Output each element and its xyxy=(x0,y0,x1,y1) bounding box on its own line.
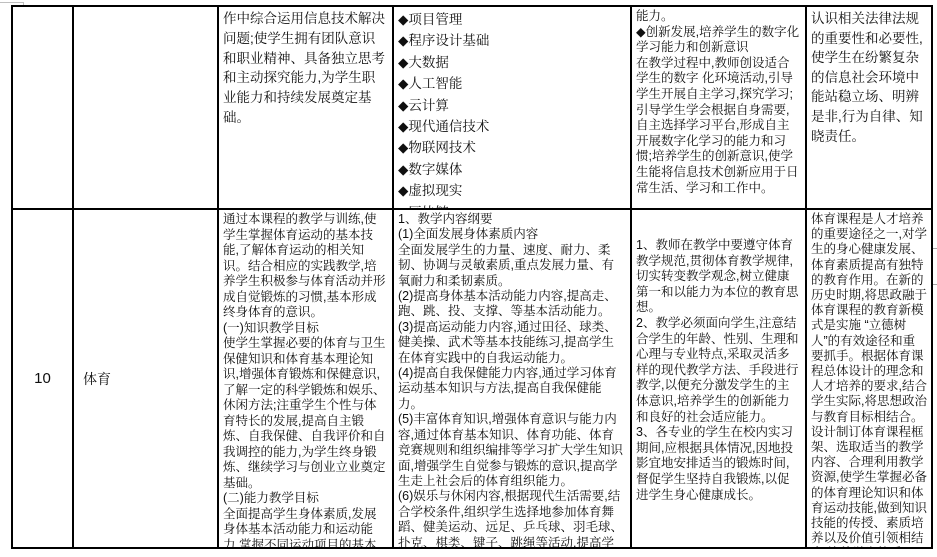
row1-course-objectives-cell[interactable]: 作中综合运用信息技术解决问题;使学生拥有团队意识和职业精神、具备独立思考和主动探… xyxy=(219,7,394,210)
row1-ideological-education-cell[interactable]: 认识相关法律法规的重要性和必要性,使学生在纷繁复杂的信息社会环境中能站稳立场、明… xyxy=(807,7,933,210)
row2-teaching-content-cell[interactable]: 1、教学内容纲要 (1)全面发展身体素质内容 全面发展学生的力量、速度、耐力、柔… xyxy=(394,210,632,549)
page-corner-mark-horizontal xyxy=(0,2,23,3)
row1-teaching-requirements-cell[interactable]: 能力。 ◆创新发展,培养学生的数字化学习能力和创新意识 在教学过程中,教师创设适… xyxy=(632,7,807,210)
row2-serial-number-cell[interactable]: 10 xyxy=(13,210,74,549)
row1-course-name-cell[interactable] xyxy=(74,7,219,210)
row2-course-objectives-cell[interactable]: 通过本课程的教学与训练,使学生掌握体育运动的基本技能,了解体育运动的相关知识。结… xyxy=(219,210,394,549)
row1-teaching-content-cell[interactable]: ◆项目管理 ◆程序设计基础 ◆大数据 ◆人工智能 ◆云计算 ◆现代通信技术 ◆物… xyxy=(394,7,632,210)
row1-serial-number-cell[interactable] xyxy=(13,7,74,210)
row2-ideological-education-cell[interactable]: 体育课程是人才培养的重要途径之一,对学生的身心健康发展、体育素质提高有独特的教育… xyxy=(807,210,933,549)
row2-teaching-requirements-cell[interactable]: 1、教师在教学中要遵守体育教学规范,贯彻体育教学规律,切实转变教学观念,树立健康… xyxy=(632,210,807,549)
document-page: { "colors": { "page_background": "#fffff… xyxy=(0,0,937,557)
row2-course-name-cell[interactable]: 体育 xyxy=(74,210,219,549)
curriculum-table: 作中综合运用信息技术解决问题;使学生拥有团队意识和职业精神、具备独立思考和主动探… xyxy=(11,5,933,549)
